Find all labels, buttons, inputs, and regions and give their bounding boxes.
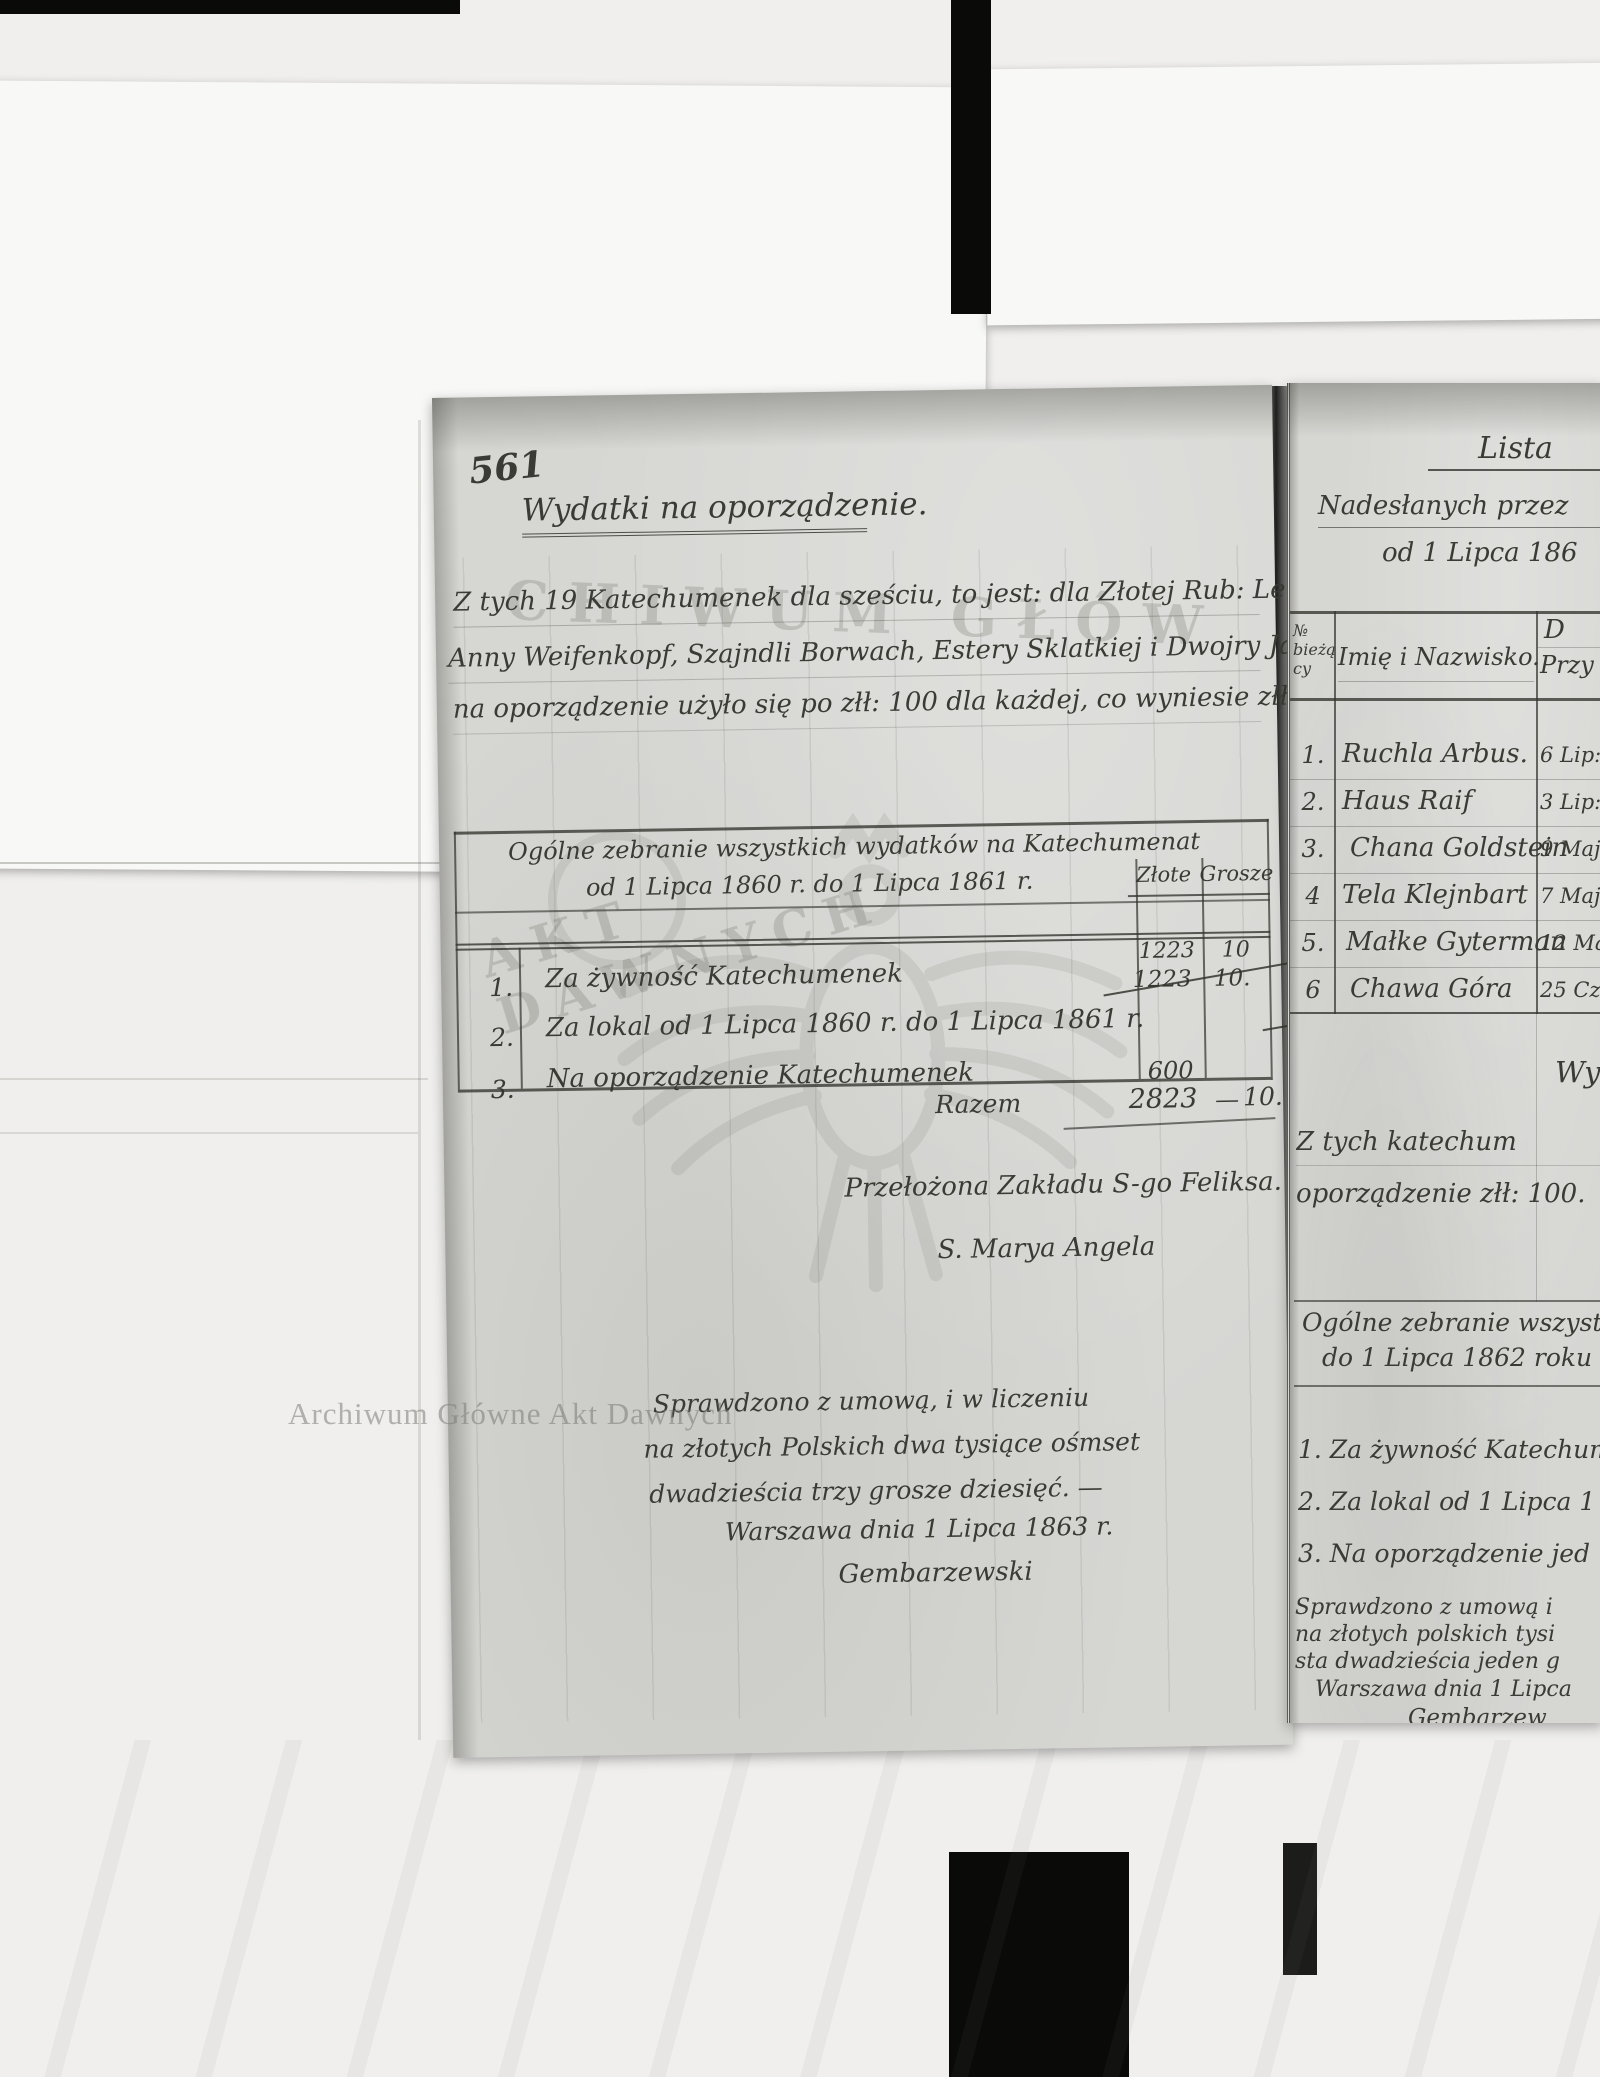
date-column-header-line2: Przy [1540, 651, 1594, 679]
row-date: 6 Lip: 18 [1540, 743, 1600, 767]
no-header-line: bieżą [1293, 640, 1336, 659]
row-name: Chawa Góra [1350, 974, 1513, 1004]
date-header-divider [1538, 647, 1600, 648]
row-date: 9 Maj: 18 [1540, 837, 1600, 861]
signature-name: S. Marya Angela [937, 1232, 1155, 1265]
underlying-sheet-right [985, 63, 1600, 326]
clerk-signature: Gembarzewski [838, 1557, 1033, 1590]
bottom-streak-area [0, 1740, 1600, 2077]
name-table-row: 3. Chana Goldstein 9 Maj: 18 [1290, 827, 1600, 874]
row-name: Haus Raif [1342, 786, 1472, 816]
row-date: 12 Maj: 1 [1540, 931, 1600, 955]
paper-crease-line [0, 1132, 418, 1134]
no-header-line: № [1293, 621, 1308, 640]
page-title: Wydatki na oporządzenie. [521, 487, 867, 537]
struck-grosze: 10. [1201, 965, 1263, 992]
verification-line: Sprawdzono z umową i [1295, 1595, 1600, 1620]
names-table-top-rule [1290, 611, 1600, 614]
names-table-header-rule [1290, 698, 1600, 701]
name-table-row: 6 Chawa Góra 25 Czer: 1 [1290, 968, 1600, 1012]
row-date: 3 Lip: 18 [1540, 790, 1600, 814]
row-no: 5. [1294, 929, 1332, 957]
verification-date-line: Warszawa dnia 1 Lipca 1863 r. [725, 1511, 1114, 1546]
list-title: Lista [1428, 431, 1600, 471]
summary2-header-line2: do 1 Lipca 1862 roku [1322, 1343, 1600, 1372]
scanned-archival-photo: CHIWUM GŁÓW AKT DAWNYCH 561 Wydatki na [0, 0, 1600, 2077]
page-number: 561 [467, 443, 546, 493]
row-no: 2. [1294, 788, 1332, 816]
right-manuscript-page: Lista Nadesłanych przez od 1 Lipca 186 №… [1287, 383, 1600, 1723]
paper-crease-line [0, 862, 440, 864]
expense-item: 1. Za żywność Katechum [1298, 1435, 1600, 1464]
row-no: 1. [1294, 741, 1332, 769]
table-left-border [454, 832, 460, 1090]
summary2-bottom-rule [1294, 1385, 1600, 1387]
expense-item: 2. Za lokal od 1 Lipca 1 [1298, 1487, 1600, 1516]
name-table-row: 4 Tela Klejnbart 7 Maja 18 [1290, 874, 1600, 921]
date-column-header-line1: D [1544, 615, 1565, 645]
name-column-header: Imię i Nazwisko. [1338, 643, 1534, 682]
names-table-bottom-rule [1290, 1012, 1600, 1014]
total-grosze: 10. [1243, 1082, 1283, 1112]
row-name: Chana Goldstein [1350, 833, 1568, 863]
row-date: 25 Czer: 1 [1540, 978, 1600, 1002]
total-label: Razem [911, 1089, 1021, 1120]
verification-line: sta dwadzieścia jeden g [1295, 1649, 1600, 1674]
row-name: Małke Gyterman [1346, 927, 1567, 957]
expenses-intro-line: Z tych katechum [1296, 1127, 1600, 1166]
row-amount-grosze: 10 [1207, 937, 1265, 963]
name-table-row: 1. Ruchla Arbus. 6 Lip: 18 [1290, 733, 1600, 780]
row-number: 2. [490, 1023, 514, 1052]
top-edge-shadow [0, 0, 460, 14]
row-name: Tela Klejnbart [1342, 880, 1528, 910]
name-table-row: 2. Haus Raif 3 Lip: 18 [1290, 780, 1600, 827]
list-subtitle-line2: od 1 Lipca 186 [1382, 538, 1578, 568]
summary2-top-rule [1294, 1300, 1600, 1302]
row-no: 6 [1294, 976, 1332, 1004]
verification-date-line: Warszawa dnia 1 Lipca [1315, 1677, 1600, 1702]
paper-crease-line [0, 1078, 428, 1080]
clerk-signature: Gembarzew [1408, 1705, 1600, 1723]
expenses-intro-line: oporządzenie złł: 100. [1296, 1179, 1586, 1209]
no-header-line: cy [1293, 659, 1311, 678]
left-manuscript-page: CHIWUM GŁÓW AKT DAWNYCH 561 Wydatki na [432, 385, 1293, 1758]
row-amount-struck: 122310. [1123, 965, 1273, 993]
page-stack-edge [418, 420, 421, 1740]
struck-zlote: 1223 [1123, 966, 1201, 993]
name-table-row: 5. Małke Gyterman 12 Maj: 1 [1290, 921, 1600, 968]
no-column-header: № bieżą cy [1293, 621, 1333, 679]
row-amount-zlote: 1223 [1131, 938, 1203, 964]
row-date: 7 Maja 18 [1540, 884, 1600, 908]
column-header-zlote: Złote [1129, 862, 1197, 887]
list-subtitle-line1: Nadesłanych przez [1318, 491, 1600, 528]
archive-watermark-text: Archiwum Główne Akt Dawnych [288, 1396, 733, 1432]
expenses-heading-cut: Wyd [1555, 1055, 1600, 1089]
gap-between-sheets-top [951, 0, 991, 314]
row-no: 3. [1294, 835, 1332, 863]
expense-item: 3. Na oporządzenie jed [1298, 1539, 1600, 1568]
total-dash: — [1215, 1085, 1239, 1113]
row-name: Ruchla Arbus. [1342, 739, 1528, 769]
summary2-header-line1: Ogólne zebranie wszystki [1302, 1308, 1600, 1337]
row-no: 4 [1294, 882, 1332, 910]
row-number: 1. [489, 973, 513, 1002]
total-zlote: 2823 [1115, 1083, 1211, 1116]
column-header-grosze: Grosze [1199, 861, 1267, 886]
row-description: Za żywność Katechumenek [545, 959, 903, 995]
verification-line: na złotych polskich tysi [1295, 1622, 1600, 1647]
table-right-border [1267, 819, 1273, 1077]
